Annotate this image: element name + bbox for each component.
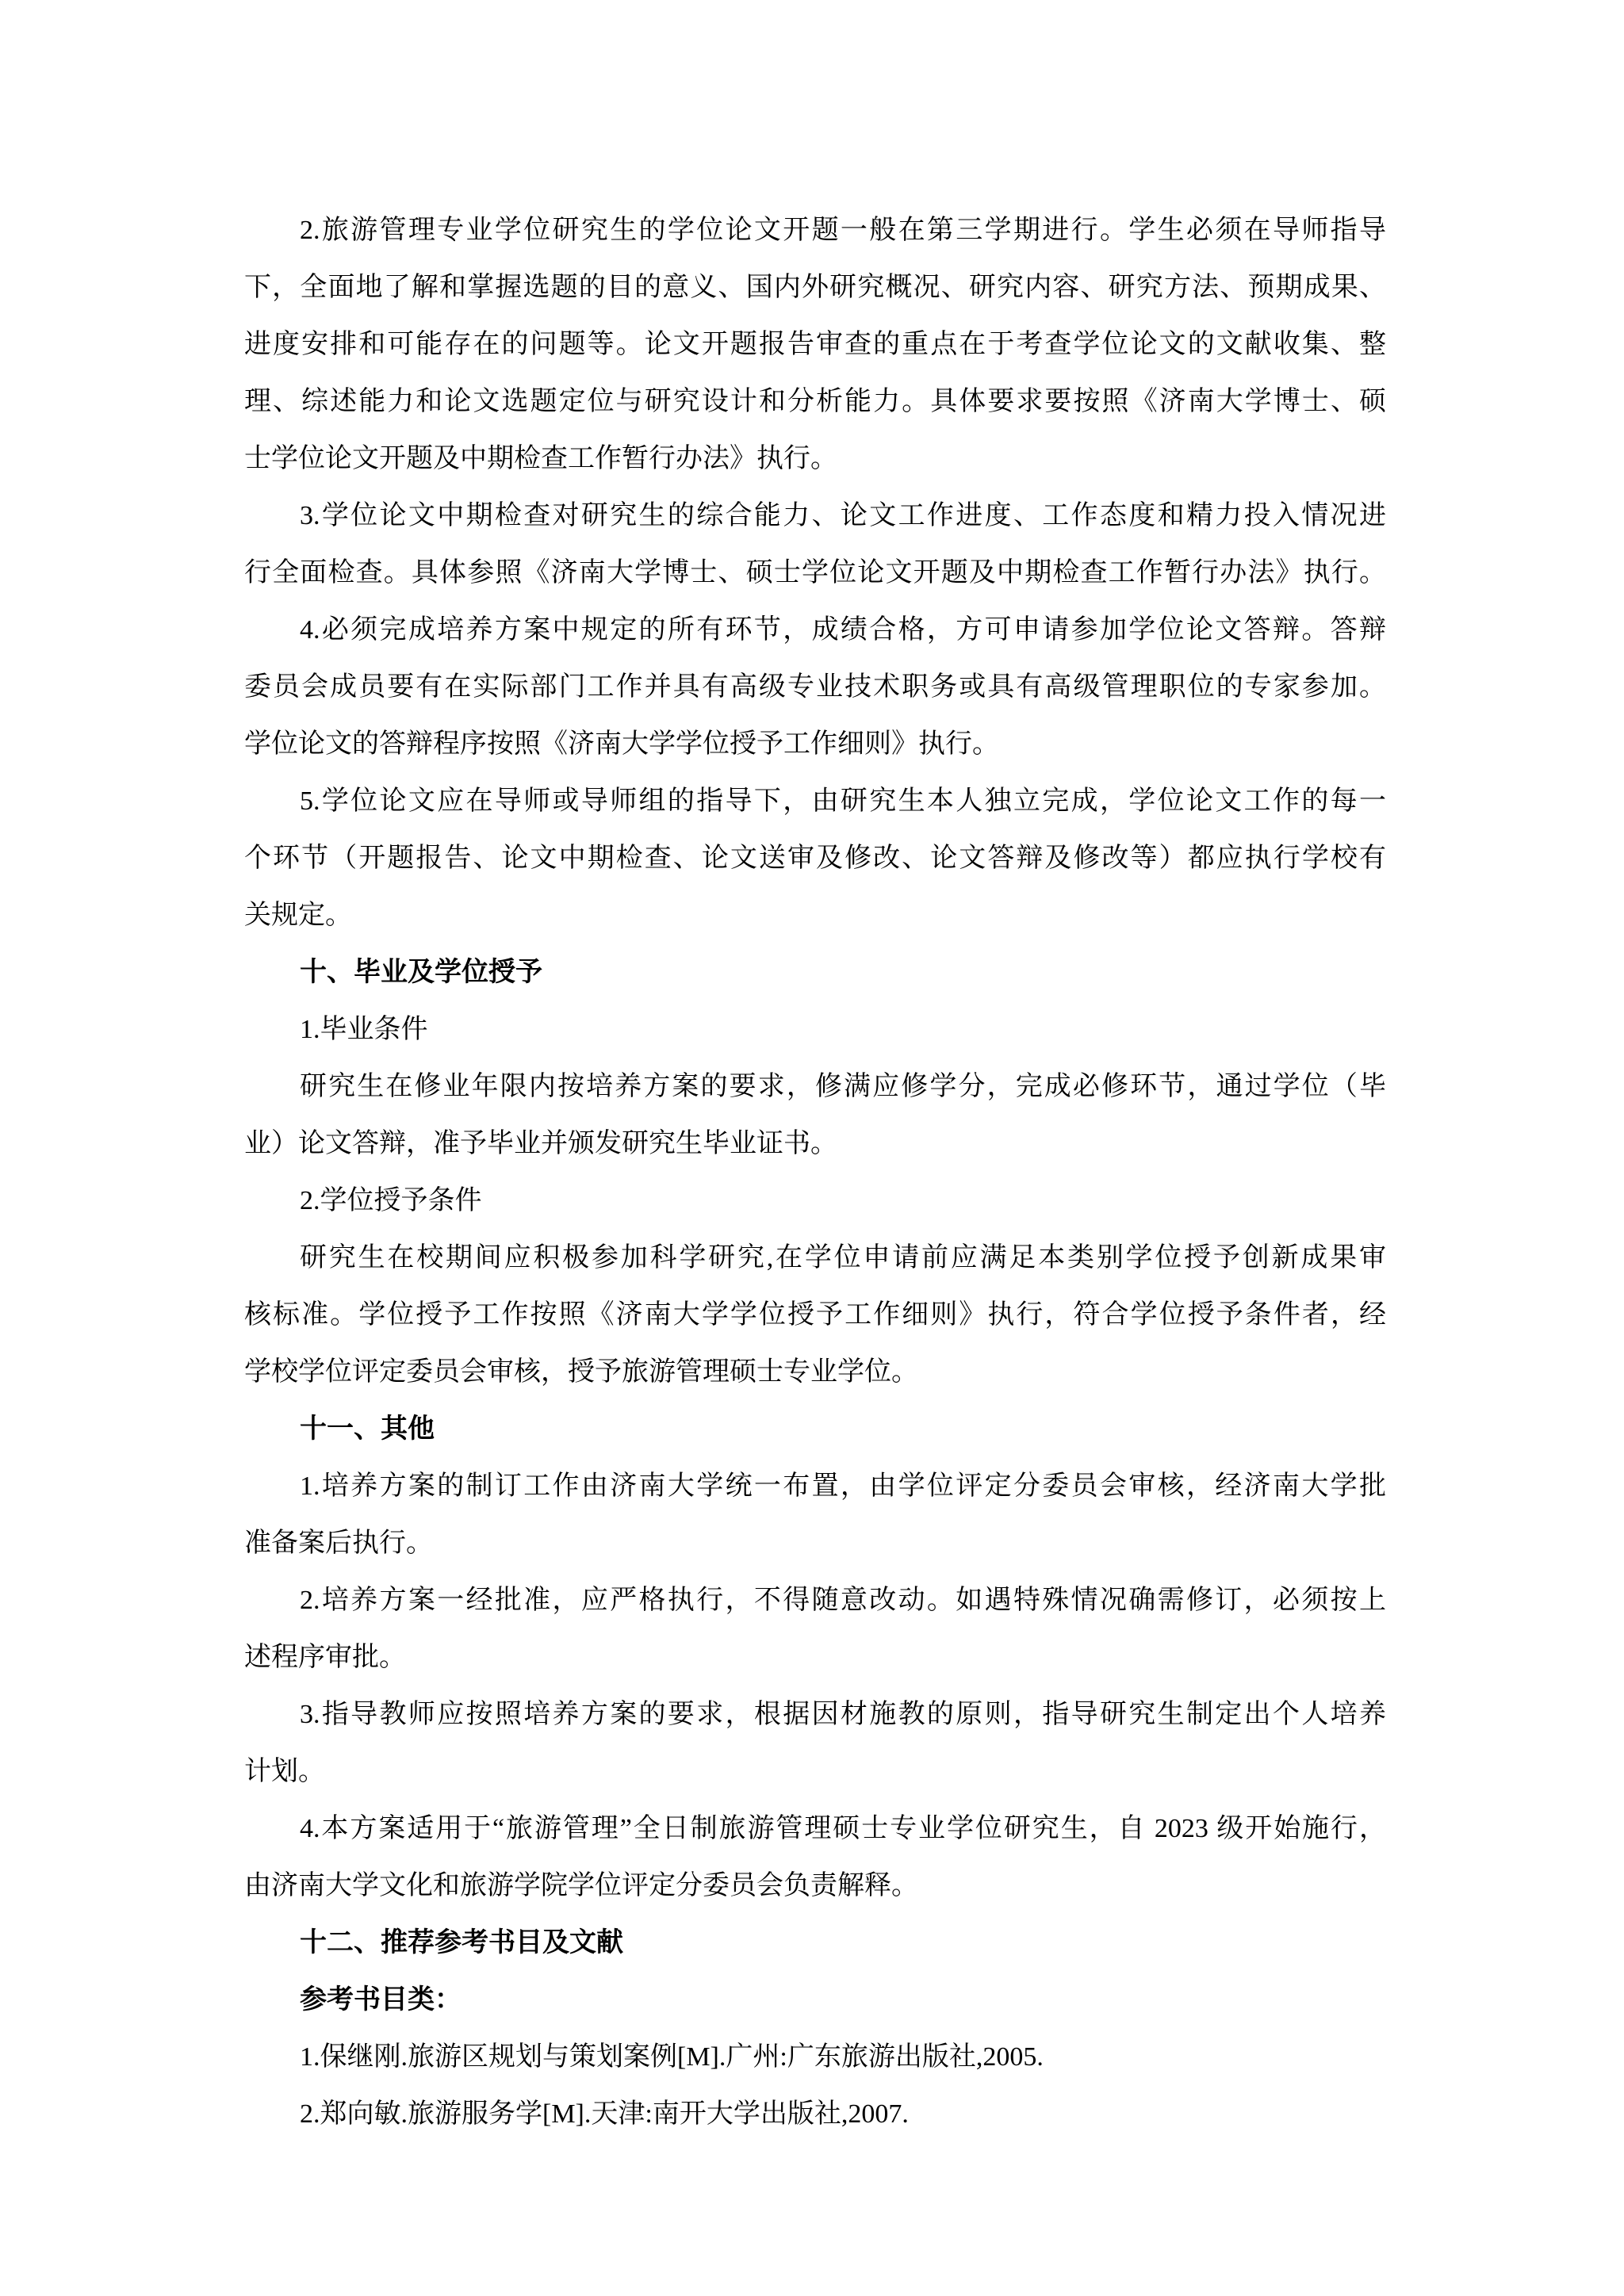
section-heading: 十二、推荐参考书目及文献 [244, 1915, 1386, 1972]
text-line: 核标准。学位授予工作按照《济南大学学位授予工作细则》执行，符合学位授予条件者，经 [244, 1287, 1386, 1344]
document-page: 2.旅游管理专业学位研究生的学位论文开题一般在第三学期进行。学生必须在导师指导下… [0, 0, 1624, 2296]
text-line: 研究生在修业年限内按培养方案的要求，修满应修学分，完成必修环节，通过学位（毕 [244, 1058, 1386, 1115]
text-line: 计划。 [244, 1743, 1386, 1800]
text-line: 学位论文的答辩程序按照《济南大学学位授予工作细则》执行。 [244, 716, 1386, 773]
text-line: 理、综述能力和论文选题定位与研究设计和分析能力。具体要求要按照《济南大学博士、硕 [244, 373, 1386, 430]
text-line: 业）论文答辩，准予毕业并颁发研究生毕业证书。 [244, 1115, 1386, 1173]
text-line: 研究生在校期间应积极参加科学研究,在学位申请前应满足本类别学位授予创新成果审 [244, 1230, 1386, 1287]
text-line: 4.本方案适用于“旅游管理”全日制旅游管理硕士专业学位研究生，自 2023 级开… [244, 1800, 1386, 1858]
section-heading: 参考书目类： [244, 1972, 1386, 2029]
text-line: 3.学位论文中期检查对研究生的综合能力、论文工作进度、工作态度和精力投入情况进 [244, 488, 1386, 545]
text-line: 关规定。 [244, 887, 1386, 944]
text-line: 个环节（开题报告、论文中期检查、论文送审及修改、论文答辩及修改等）都应执行学校有 [244, 830, 1386, 887]
text-line: 委员会成员要有在实际部门工作并具有高级专业技术职务或具有高级管理职位的专家参加。 [244, 659, 1386, 716]
text-line: 由济南大学文化和旅游学院学位评定分委员会负责解释。 [244, 1858, 1386, 1915]
text-line: 学校学位评定委员会审核，授予旅游管理硕士专业学位。 [244, 1344, 1386, 1401]
text-line: 1.保继刚.旅游区规划与策划案例[M].广州:广东旅游出版社,2005. [244, 2029, 1386, 2086]
text-line: 2.旅游管理专业学位研究生的学位论文开题一般在第三学期进行。学生必须在导师指导 [244, 202, 1386, 259]
text-line: 行全面检查。具体参照《济南大学博士、硕士学位论文开题及中期检查工作暂行办法》执行… [244, 545, 1386, 602]
document-body: 2.旅游管理专业学位研究生的学位论文开题一般在第三学期进行。学生必须在导师指导下… [244, 202, 1386, 2143]
section-heading: 十、毕业及学位授予 [244, 944, 1386, 1001]
text-line: 3.指导教师应按照培养方案的要求，根据因材施教的原则，指导研究生制定出个人培养 [244, 1686, 1386, 1743]
text-line: 下，全面地了解和掌握选题的目的意义、国内外研究概况、研究内容、研究方法、预期成果… [244, 259, 1386, 316]
text-line: 士学位论文开题及中期检查工作暂行办法》执行。 [244, 430, 1386, 488]
text-line: 进度安排和可能存在的问题等。论文开题报告审查的重点在于考查学位论文的文献收集、整 [244, 316, 1386, 373]
text-line: 2.郑向敏.旅游服务学[M].天津:南开大学出版社,2007. [244, 2086, 1386, 2143]
text-line: 4.必须完成培养方案中规定的所有环节，成绩合格，方可申请参加学位论文答辩。答辩 [244, 602, 1386, 659]
text-line: 5.学位论文应在导师或导师组的指导下，由研究生本人独立完成，学位论文工作的每一 [244, 773, 1386, 830]
text-line: 2.培养方案一经批准，应严格执行，不得随意改动。如遇特殊情况确需修订，必须按上 [244, 1572, 1386, 1629]
section-heading: 十一、其他 [244, 1401, 1386, 1458]
text-line: 1.培养方案的制订工作由济南大学统一布置，由学位评定分委员会审核，经济南大学批 [244, 1458, 1386, 1515]
text-line: 准备案后执行。 [244, 1515, 1386, 1572]
text-line: 1.毕业条件 [244, 1001, 1386, 1058]
text-line: 述程序审批。 [244, 1629, 1386, 1686]
text-line: 2.学位授予条件 [244, 1173, 1386, 1230]
